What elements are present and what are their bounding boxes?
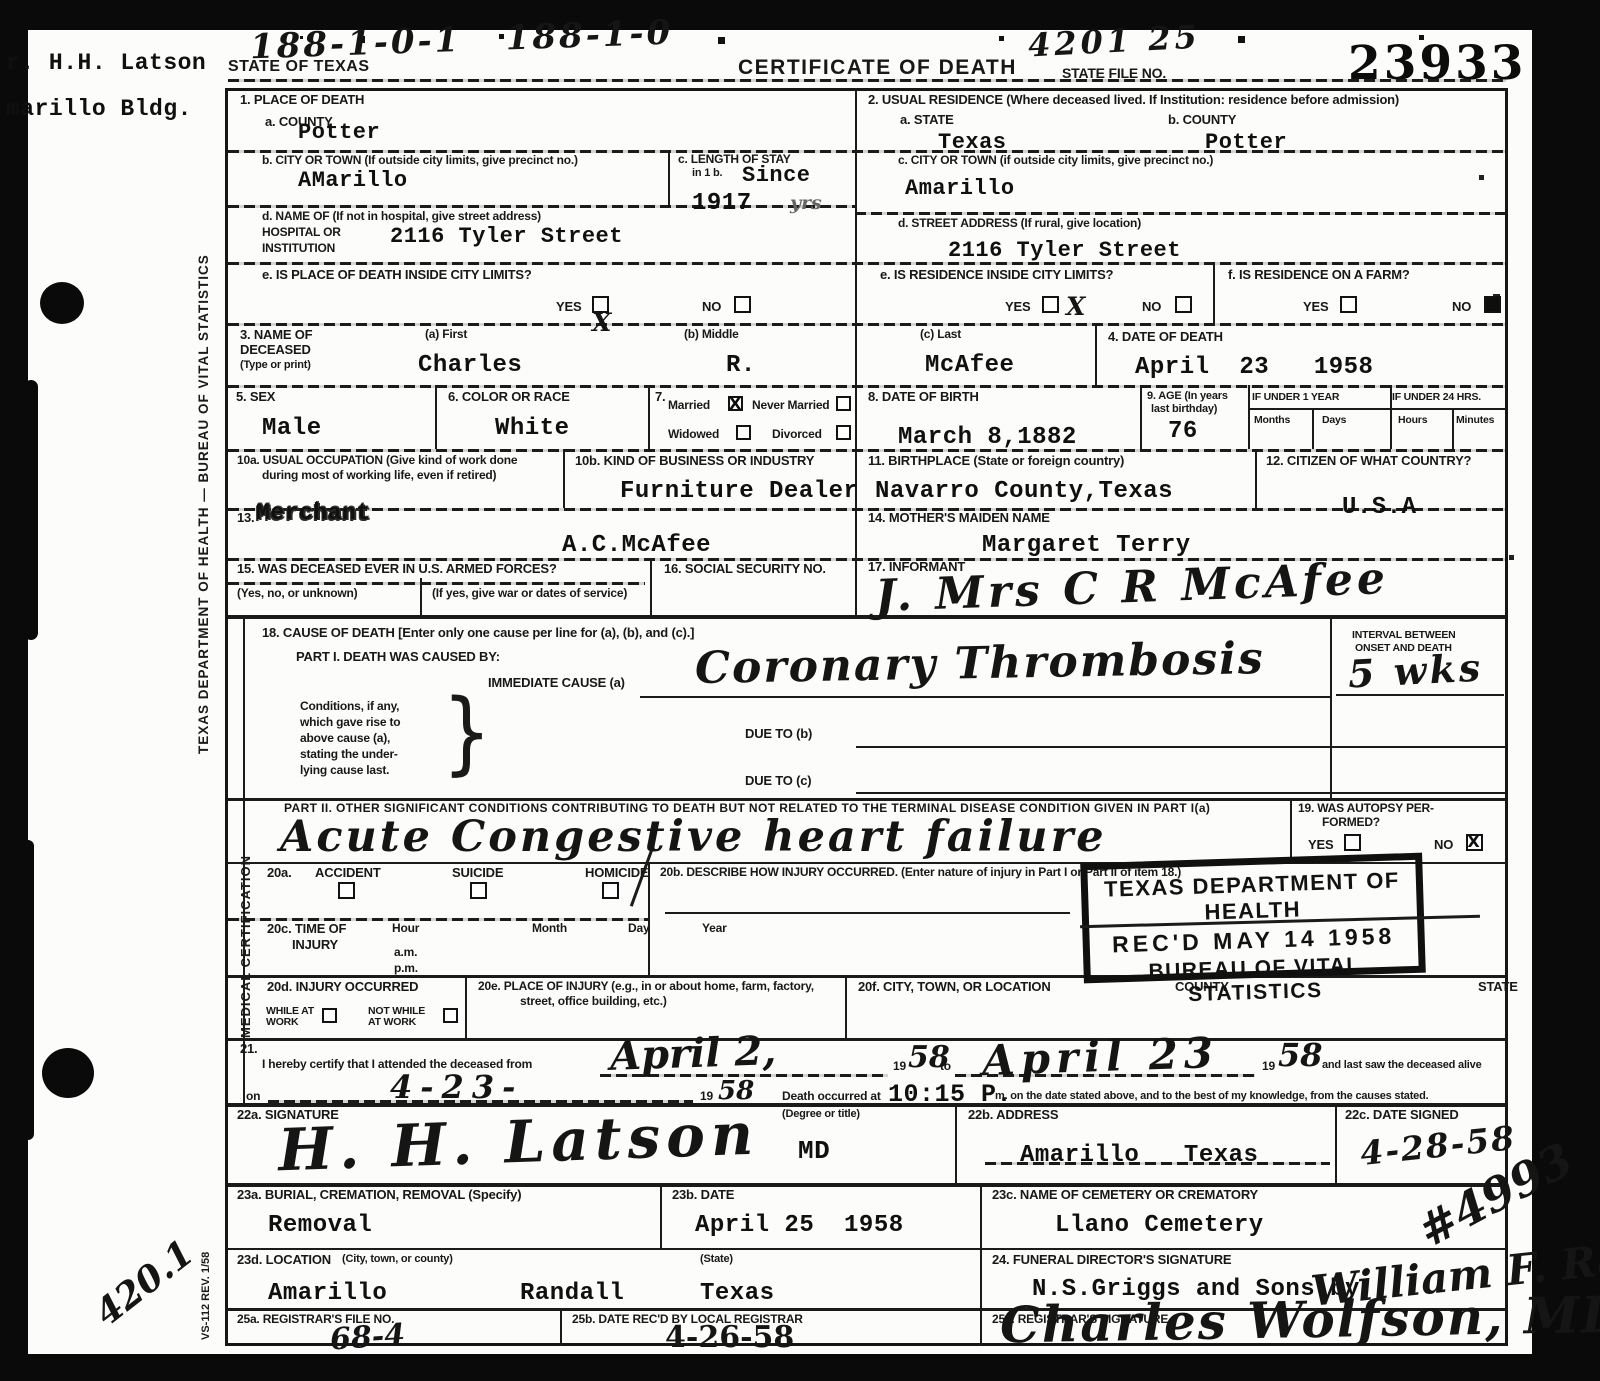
- field-1e-handwritten-x: X: [592, 308, 611, 337]
- writein-line: [856, 746, 1506, 748]
- field-11-value: Navarro County,Texas: [875, 478, 1173, 505]
- field-23d-sub1-label: (City, town, or county): [342, 1253, 453, 1265]
- grid-line: [228, 79, 1506, 82]
- field-18-interval-label1: INTERVAL BETWEEN: [1352, 630, 1456, 642]
- grid-line: [465, 975, 467, 1038]
- margin-doctor-name: r. H.H. Latson: [6, 50, 206, 76]
- field-21-on-label: on: [246, 1090, 260, 1103]
- grid-line: [228, 615, 1506, 619]
- field-4-value: April 23 1958: [1135, 354, 1373, 381]
- grid-line: [1290, 798, 1292, 862]
- field-2e-no-label: NO: [1142, 300, 1161, 315]
- handwritten-file-number: 4201 25: [1027, 18, 1201, 65]
- field-10a-label1: 10a. USUAL OCCUPATION (Give kind of work…: [237, 454, 517, 467]
- grid-line: [228, 1248, 1506, 1250]
- field-2f-no-checkbox: [1484, 296, 1501, 313]
- grid-line: [228, 449, 1506, 452]
- field-1c-value-year: 1917: [692, 190, 752, 217]
- field-9-value: 76: [1168, 418, 1198, 445]
- field-21-year2-handwriting: 58: [1278, 1036, 1323, 1074]
- field-23d-label: 23d. LOCATION: [237, 1253, 331, 1268]
- field-7-never-checkbox: [836, 396, 851, 411]
- field-6-label: 6. COLOR OR RACE: [448, 390, 570, 405]
- field-10a-label2: during most of working life, even if ret…: [262, 469, 496, 482]
- field-21-time-value: 10:15 P.: [888, 1080, 1012, 1109]
- field-23c-value: Llano Cemetery: [1055, 1212, 1264, 1239]
- writein-line: [640, 696, 1330, 698]
- field-20c-pm-label: p.m.: [394, 962, 418, 975]
- field-13-label: 13.: [237, 511, 254, 526]
- field-1b-label: b. CITY OR TOWN (If outside city limits,…: [262, 154, 578, 167]
- field-2e-handwritten-x: X: [1066, 292, 1085, 321]
- field-9-hours-label: Hours: [1398, 415, 1427, 427]
- field-6-value: White: [495, 415, 570, 442]
- field-18-immediate-cause-handwriting: Coronary Thrombosis: [695, 633, 1265, 694]
- field-1d-value: 2116 Tyler Street: [390, 224, 623, 249]
- field-20c-year-label: Year: [702, 922, 727, 935]
- field-2e-yes-label: YES: [1005, 300, 1030, 315]
- field-7-never-label: Never Married: [752, 399, 829, 412]
- field-2b-label: b. COUNTY: [1168, 113, 1236, 128]
- grid-line: [660, 1183, 662, 1248]
- field-15-sub2: (If yes, give war or dates of service): [432, 587, 627, 600]
- field-14-label: 14. MOTHER'S MAIDEN NAME: [868, 511, 1050, 526]
- field-18-conditions-line: stating the under-: [300, 748, 398, 761]
- field-21-death-occurred-label: Death occurred at: [782, 1090, 881, 1103]
- field-3a-value: Charles: [418, 352, 522, 379]
- field-18-conditions-line: Conditions, if any,: [300, 700, 399, 713]
- field-19-label2: FORMED?: [1322, 816, 1380, 829]
- grid-line: [1255, 449, 1257, 508]
- field-20a-suicide-checkbox: [470, 882, 487, 899]
- field-7-divorced-checkbox: [836, 425, 851, 440]
- field-20e-label2: street, office building, etc.): [520, 995, 667, 1008]
- grid-line: [1312, 408, 1314, 449]
- field-2e-yes-checkbox: [1042, 296, 1059, 313]
- field-7-divorced-label: Divorced: [772, 428, 822, 441]
- field-18-conditions-line: above cause (a),: [300, 732, 390, 745]
- field-5-label: 5. SEX: [236, 390, 275, 405]
- field-3c-label: (c) Last: [920, 328, 961, 341]
- field-8-value: March 8,1882: [898, 424, 1077, 451]
- field-24-label: 24. FUNERAL DIRECTOR'S SIGNATURE: [992, 1253, 1231, 1268]
- punch-hole: [42, 1048, 94, 1098]
- field-19-label1: 19. WAS AUTOPSY PER-: [1298, 802, 1434, 815]
- field-2c-label: c. CITY OR TOWN (if outside city limits,…: [898, 154, 1213, 167]
- field-20e-label1: 20e. PLACE OF INJURY (e.g., in or about …: [478, 980, 814, 993]
- field-14-value: Margaret Terry: [982, 532, 1191, 559]
- field-9-label2: last birthday): [1151, 403, 1217, 415]
- field-12-label: 12. CITIZEN OF WHAT COUNTRY?: [1266, 454, 1471, 469]
- field-21-to-label: to: [940, 1060, 951, 1073]
- field-20c-label1: 20c. TIME OF: [267, 922, 346, 937]
- grid-line: [1248, 385, 1250, 449]
- field-3c-value: McAfee: [925, 352, 1014, 379]
- vertical-form-number: VS-112 REV. 1/58: [200, 1224, 212, 1340]
- grid-line: [1452, 408, 1454, 449]
- field-20a-accident-checkbox: [338, 882, 355, 899]
- grid-line: [228, 262, 1506, 265]
- grid-line: [1095, 323, 1097, 385]
- field-21-certify-text2: and last saw the deceased alive: [1322, 1059, 1482, 1071]
- scan-edge-bottom: [0, 1354, 1600, 1381]
- field-1c-label2: in 1 b.: [692, 167, 722, 179]
- scan-edge-left-blob: [22, 840, 34, 1140]
- field-11-label: 11. BIRTHPLACE (State or foreign country…: [868, 454, 1124, 469]
- field-7-widowed-label: Widowed: [668, 428, 719, 441]
- field-23a-value: Removal: [268, 1212, 372, 1239]
- field-9-under1yr-label: IF UNDER 1 YEAR: [1252, 392, 1339, 404]
- handwritten-file-code: 420.1: [87, 1232, 202, 1335]
- field-20a-accident-label: ACCIDENT: [315, 866, 381, 881]
- grid-line: [228, 385, 1506, 388]
- field-10b-label: 10b. KIND OF BUSINESS OR INDUSTRY: [575, 454, 814, 469]
- field-9-days-label: Days: [1322, 415, 1346, 427]
- field-18-immediate-label: IMMEDIATE CAUSE (a): [488, 676, 625, 691]
- margin-building: marillo Bldg.: [6, 96, 192, 122]
- scan-edge-left-blob: [24, 380, 38, 640]
- field-16-label: 16. SOCIAL SECURITY NO.: [664, 562, 826, 577]
- field-21-on-date-handwriting: 4-23-: [390, 1068, 523, 1106]
- field-20d-while-checkbox: [322, 1008, 337, 1023]
- field-25a-handwriting: 68-4: [329, 1317, 406, 1357]
- field-5-value: Male: [262, 415, 322, 442]
- field-9-months-label: Months: [1254, 415, 1290, 427]
- grid-line: [435, 385, 437, 449]
- field-2e-no-checkbox: [1175, 296, 1192, 313]
- field-20a-homicide-label: HOMICIDE: [585, 866, 648, 881]
- grid-line: [855, 212, 1506, 215]
- field-20d-while-label2: WORK: [266, 1017, 298, 1029]
- field-23c-label: 23c. NAME OF CEMETERY OR CREMATORY: [992, 1188, 1258, 1203]
- field-12-value: U.S.A: [1342, 494, 1417, 521]
- certificate-title: CERTIFICATE OF DEATH: [738, 56, 1017, 80]
- field-8-label: 8. DATE OF BIRTH: [868, 390, 979, 405]
- scan-edge-top: [0, 0, 1600, 30]
- field-19-no-checkbox: [1466, 834, 1483, 851]
- field-4-label: 4. DATE OF DEATH: [1108, 330, 1223, 345]
- field-23b-value: April 25 1958: [695, 1212, 904, 1239]
- field-2f-yes-checkbox: [1340, 296, 1357, 313]
- punch-hole: [40, 282, 84, 324]
- field-7-label: 7.: [655, 390, 665, 405]
- grid-line: [980, 1183, 982, 1308]
- field-18-conditions-line: which gave rise to: [300, 716, 400, 729]
- field-21-certify-text3: m. on the date stated above, and to the …: [995, 1090, 1428, 1102]
- grid-line: [648, 385, 650, 449]
- field-20c-hour-label: Hour: [392, 922, 419, 935]
- grid-line: [1248, 408, 1506, 410]
- grid-line: [1213, 262, 1215, 323]
- field-2d-value: 2116 Tyler Street: [948, 238, 1181, 263]
- field-2a-label: a. STATE: [900, 113, 954, 128]
- field-23d-state-value: Texas: [700, 1280, 775, 1307]
- field-2e-label: e. IS RESIDENCE INSIDE CITY LIMITS?: [880, 268, 1113, 283]
- field-1b-value: AMarillo: [298, 168, 408, 193]
- writein-line: [665, 912, 1070, 914]
- field-20c-month-label: Month: [532, 922, 567, 935]
- field-2d-label: d. STREET ADDRESS (If rural, give locati…: [898, 217, 1141, 230]
- field-18-part2-handwriting: Acute Congestive heart failure: [280, 812, 1107, 862]
- grid-line: [228, 582, 645, 585]
- certificate-number: 23933: [1348, 36, 1527, 91]
- field-13-value: A.C.McAfee: [562, 532, 711, 559]
- field-19-yes-label: YES: [1308, 838, 1333, 853]
- field-23b-label: 23b. DATE: [672, 1188, 734, 1203]
- field-20f-label: 20f. CITY, TOWN, OR LOCATION: [858, 980, 1051, 995]
- grid-line: [228, 508, 1506, 511]
- field-21-label: 21.: [240, 1042, 257, 1057]
- grid-line: [855, 88, 857, 615]
- field-22b-label: 22b. ADDRESS: [968, 1108, 1058, 1123]
- scan-edge-left: [0, 0, 28, 1381]
- grid-line: [228, 323, 1506, 326]
- field-1c-value-since: Since: [742, 163, 811, 188]
- field-23d-sub2-label: (State): [700, 1253, 733, 1265]
- grid-line: [1330, 615, 1332, 798]
- field-20d-label: 20d. INJURY OCCURRED: [267, 980, 418, 995]
- scanned-death-certificate: 188-1-0-1 188-1-0 r. H.H. Latson marillo…: [0, 0, 1600, 1381]
- field-1e-no-label: NO: [702, 300, 721, 315]
- field-25c-registrar-signature: Charles Wolfson, MD: [1000, 1285, 1600, 1355]
- grid-line: [1335, 1103, 1337, 1183]
- field-22a-degree-label: (Degree or title): [782, 1108, 860, 1120]
- field-3a-label: (a) First: [425, 328, 467, 341]
- field-7-widowed-checkbox: [736, 425, 751, 440]
- field-23d-city-value: Amarillo: [268, 1280, 387, 1307]
- field-1e-label: e. IS PLACE OF DEATH INSIDE CITY LIMITS?: [262, 268, 532, 283]
- grid-line: [650, 558, 652, 615]
- field-21-to-date-handwriting: April 23: [981, 1028, 1220, 1085]
- grid-line: [955, 1103, 957, 1183]
- field-18-interval-handwriting: 5 wks: [1347, 644, 1484, 696]
- grid-line: [1140, 385, 1142, 449]
- field-19-yes-checkbox: [1344, 834, 1361, 851]
- field-19-no-label: NO: [1434, 838, 1453, 853]
- field-20a-label: 20a.: [267, 866, 292, 881]
- field-22c-label: 22c. DATE SIGNED: [1345, 1108, 1459, 1123]
- field-23d-county-value: Randall: [520, 1280, 624, 1307]
- field-20a-suicide-label: SUICIDE: [452, 866, 503, 881]
- field-2a-value: Texas: [938, 130, 1007, 155]
- field-9-under24-label: IF UNDER 24 HRS.: [1392, 392, 1481, 404]
- field-18-due-b-label: DUE TO (b): [745, 727, 812, 742]
- field-10a-value-overstruck: Merchant: [256, 500, 370, 526]
- field-1e-yes-label: YES: [556, 300, 581, 315]
- field-1d-label: d. NAME OF (If not in hospital, give str…: [262, 210, 541, 223]
- field-20a-homicide-checkbox: [602, 882, 619, 899]
- grid-line: [563, 449, 565, 508]
- field-1e-no-checkbox: [734, 296, 751, 313]
- field-21-19-prefix: 19: [1262, 1060, 1275, 1073]
- grid-line: [243, 615, 245, 1103]
- field-10b-value: Furniture Dealer: [620, 478, 858, 505]
- vertical-agency-text: TEXAS DEPARTMENT OF HEALTH — BUREAU OF V…: [196, 268, 211, 754]
- grid-line: [420, 578, 422, 615]
- field-1-title: 1. PLACE OF DEATH: [240, 93, 364, 108]
- field-21-19-prefix: 19: [893, 1060, 906, 1073]
- field-2-title: 2. USUAL RESIDENCE (Where deceased lived…: [868, 93, 1399, 108]
- field-20f-state-label: STATE: [1478, 980, 1518, 995]
- field-20c-am-label: a.m.: [394, 946, 417, 959]
- grid-line: [228, 205, 855, 208]
- field-7-married-checkbox: [728, 396, 743, 411]
- field-20c-label2: INJURY: [292, 938, 338, 953]
- field-1d-label2: HOSPITAL OR: [262, 226, 341, 239]
- field-20d-not-label2: AT WORK: [368, 1017, 416, 1029]
- grid-line: [845, 975, 847, 1038]
- field-18-part1-label: PART I. DEATH WAS CAUSED BY:: [296, 650, 500, 665]
- field-3-label2: DECEASED: [240, 343, 311, 358]
- field-18-label: 18. CAUSE OF DEATH [Enter only one cause…: [262, 626, 694, 641]
- field-2f-no-label: NO: [1452, 300, 1471, 315]
- writein-line: [856, 792, 1506, 794]
- field-3-label3: (Type or print): [240, 359, 311, 371]
- grid-line: [980, 1308, 982, 1346]
- field-20d-not-checkbox: [443, 1008, 458, 1023]
- brace-glyph: }: [442, 681, 492, 785]
- field-2f-yes-label: YES: [1303, 300, 1328, 315]
- field-22b-value: Amarillo Texas: [1020, 1142, 1258, 1169]
- state-of-texas-label: STATE OF TEXAS: [228, 58, 370, 76]
- field-2f-label: f. IS RESIDENCE ON A FARM?: [1228, 268, 1410, 283]
- field-9-minutes-label: Minutes: [1456, 415, 1494, 427]
- field-7-married-label: Married: [668, 399, 710, 412]
- field-23a-label: 23a. BURIAL, CREMATION, REMOVAL (Specify…: [237, 1188, 521, 1203]
- field-15-label: 15. WAS DECEASED EVER IN U.S. ARMED FORC…: [237, 562, 557, 577]
- field-15-sub1: (Yes, no, or unknown): [237, 587, 357, 600]
- field-3b-label: (b) Middle: [684, 328, 739, 341]
- field-1d-label3: INSTITUTION: [262, 242, 335, 255]
- field-22a-md-value: MD: [798, 1136, 830, 1166]
- field-3-label1: 3. NAME OF: [240, 328, 312, 343]
- field-9-label1: 9. AGE (In years: [1147, 390, 1228, 402]
- field-1a-value: Potter: [298, 120, 380, 145]
- field-25b-value: 4-26-58: [665, 1320, 794, 1355]
- field-18-conditions-line: lying cause last.: [300, 764, 389, 777]
- field-20c-day-label: Day: [628, 922, 649, 935]
- grid-line: [560, 1308, 562, 1346]
- field-18-due-c-label: DUE TO (c): [745, 774, 811, 789]
- field-3b-value: R.: [726, 352, 756, 379]
- field-2c-value: Amarillo: [905, 176, 1015, 201]
- field-2b-value: Potter: [1205, 130, 1287, 155]
- field-21-from-date-handwriting: April 2,: [609, 1027, 777, 1080]
- grid-line: [668, 150, 670, 205]
- field-1c-handwriting: yrs: [790, 192, 822, 214]
